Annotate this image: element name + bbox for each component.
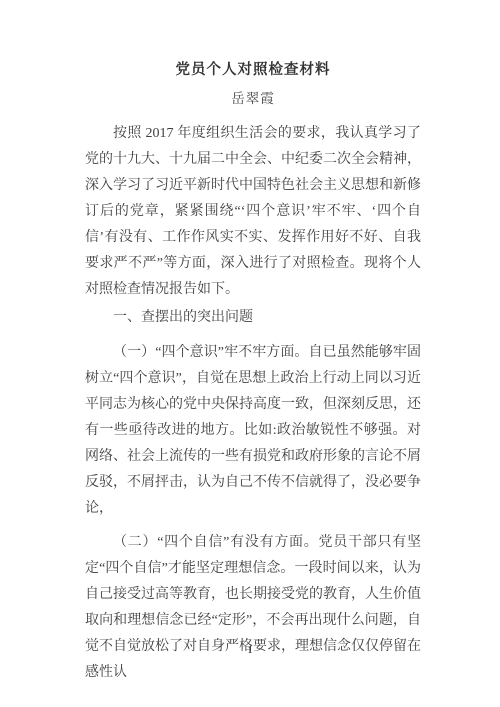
document-body: 按照 2017 年度组织生活会的要求，我认真学习了党的十九大、十九届二中全会、中… (85, 121, 421, 686)
document-title: 党员个人对照检查材料 (85, 58, 421, 82)
page-number: 1 (0, 645, 500, 657)
document-author: 岳翠霞 (85, 89, 421, 109)
section-heading: 一、查摆出的突出问题 (85, 305, 421, 331)
paragraph-intro: 按照 2017 年度组织生活会的要求，我认真学习了党的十九大、十九届二中全会、中… (85, 121, 421, 303)
paragraph-section-two: （二）“四个自信”有没有方面。党员干部只有坚定“四个自信”才能坚定理想信念。一段… (85, 530, 421, 686)
paragraph-section-one: （一）“四个意识”牢不牢方面。自已虽然能够牢固树立“四个意识”，自觉在思想上政治… (85, 340, 421, 522)
document-page: 党员个人对照检查材料 岳翠霞 按照 2017 年度组织生活会的要求，我认真学习了… (0, 0, 500, 707)
